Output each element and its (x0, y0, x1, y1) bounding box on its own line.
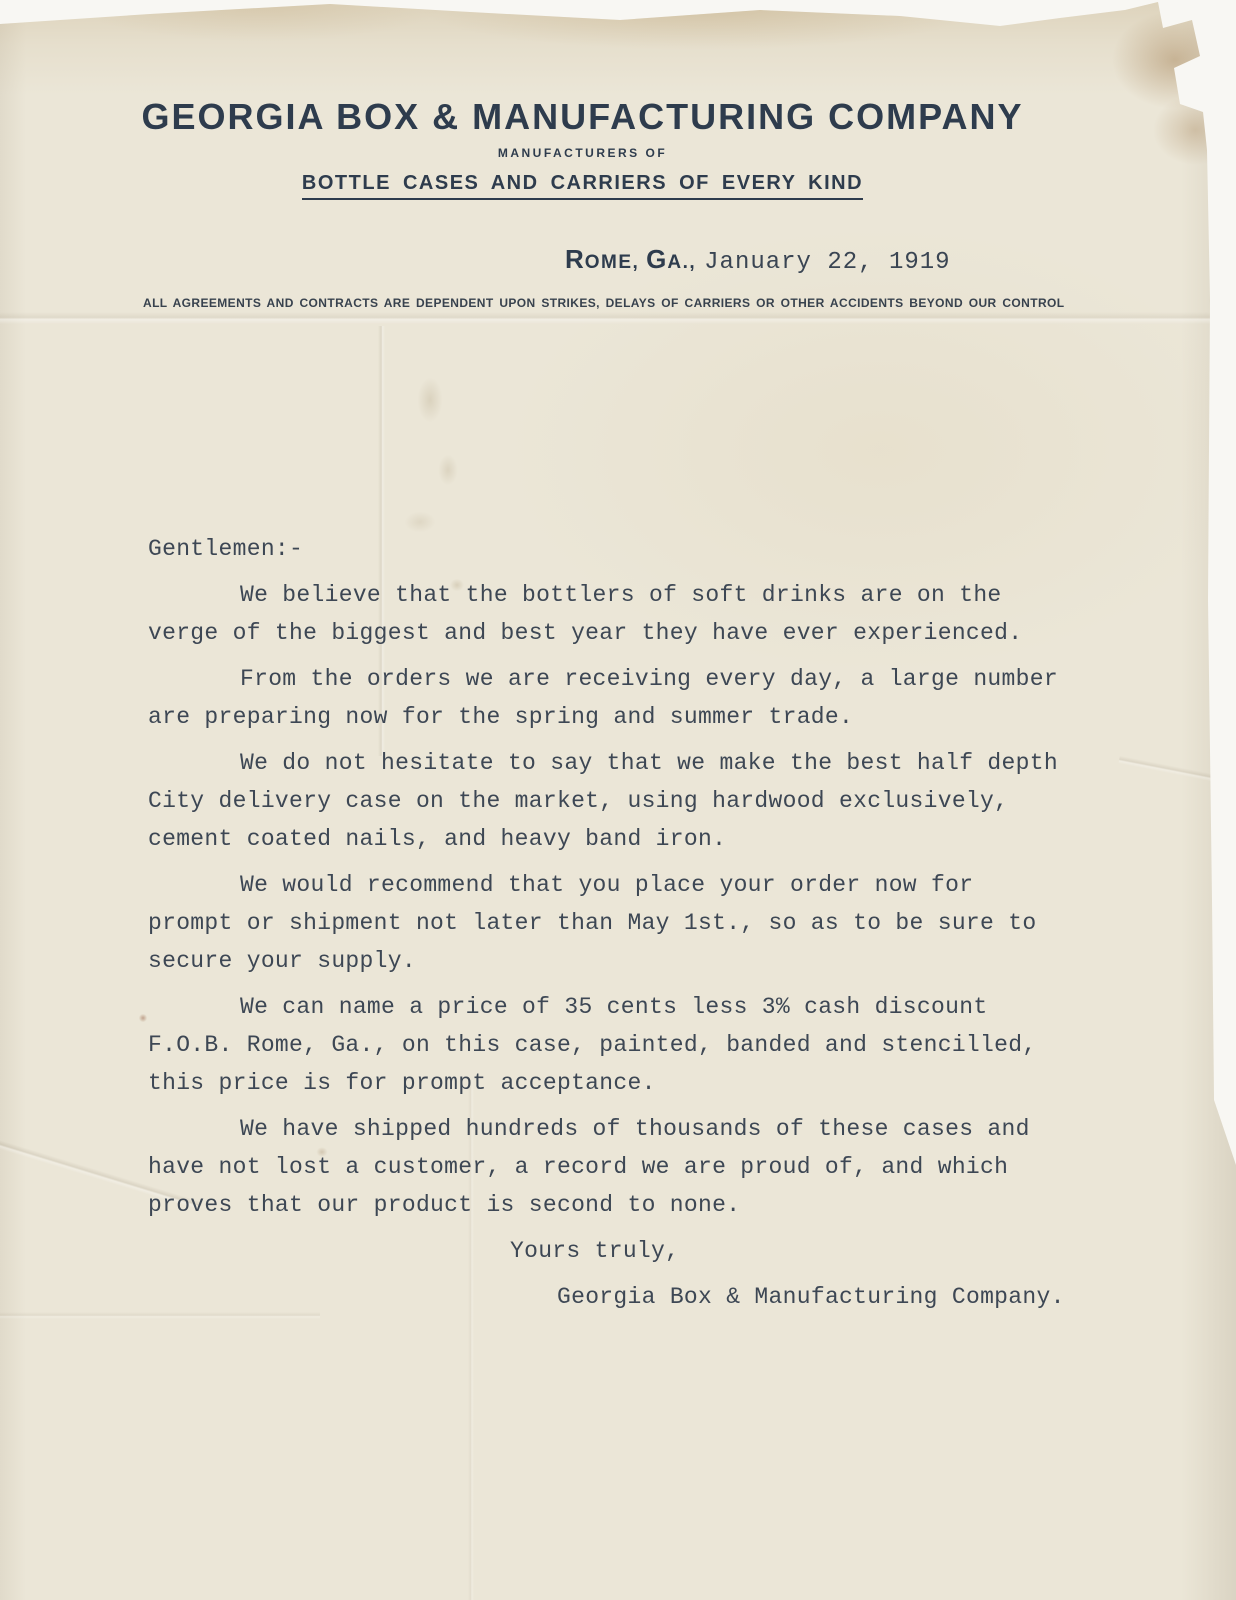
paper-sheet: GEORGIA BOX & MANUFACTURING COMPANY MANU… (0, 0, 1236, 1600)
letter-body: Gentlemen:- We believe that the bottlers… (148, 530, 1108, 1324)
dateline-state-initial: G (646, 244, 667, 274)
dateline-city-initial: R (565, 244, 585, 274)
signature-line: Georgia Box & Manufacturing Company. (557, 1278, 1108, 1316)
dateline-city-rest: OME, (585, 252, 646, 273)
salutation: Gentlemen:- (148, 530, 1108, 568)
paragraph-6: We have shipped hundreds of thousands of… (148, 1110, 1108, 1224)
tagline-row: BOTTLE CASES AND CARRIERS OF EVERY KIND (0, 172, 1165, 200)
dateline-state-rest: A., (667, 252, 696, 273)
company-name: GEORGIA BOX & MANUFACTURING COMPANY (0, 96, 1165, 138)
scanned-letter: GEORGIA BOX & MANUFACTURING COMPANY MANU… (0, 0, 1236, 1600)
paragraph-2: From the orders we are receiving every d… (148, 660, 1108, 736)
closing: Yours truly, (510, 1232, 1108, 1270)
disclaimer-line: ALL AGREEMENTS AND CONTRACTS ARE DEPENDE… (143, 296, 1073, 310)
dateline: ROME, GA.,January 22, 1919 (565, 244, 951, 276)
paragraph-1: We believe that the bottlers of soft dri… (148, 576, 1108, 652)
tagline-prefix: MANUFACTURERS OF (0, 146, 1165, 160)
paragraph-5: We can name a price of 35 cents less 3% … (148, 988, 1108, 1102)
paper-crease-horizontal-top (0, 312, 1236, 324)
paragraph-4: We would recommend that you place your o… (148, 866, 1108, 980)
paper-crease-diagonal-right (1118, 756, 1236, 789)
tagline: BOTTLE CASES AND CARRIERS OF EVERY KIND (302, 172, 863, 200)
paragraph-3: We do not hesitate to say that we make t… (148, 744, 1108, 858)
typed-date: January 22, 1919 (704, 249, 950, 276)
